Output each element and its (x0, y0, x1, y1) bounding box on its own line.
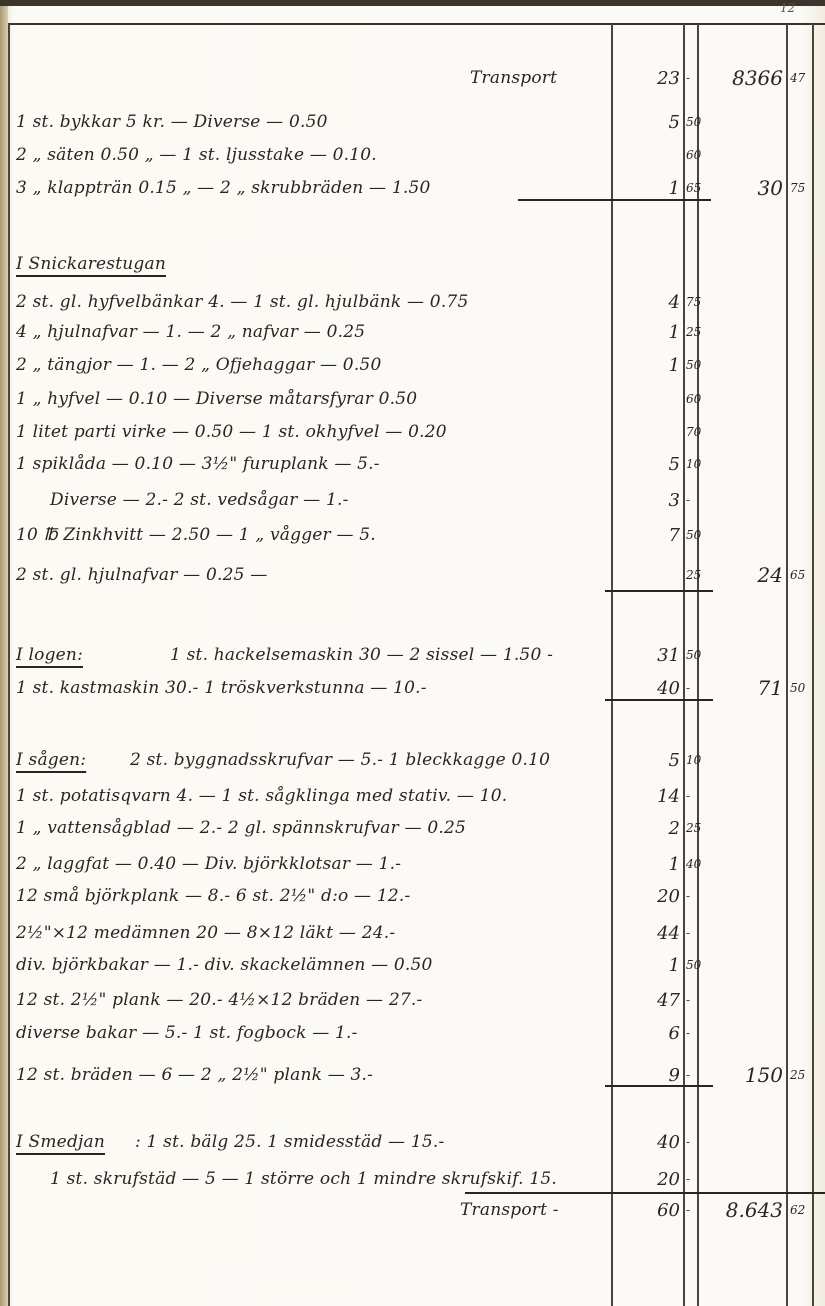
total-ore: 50 (788, 681, 816, 695)
ledger-row: div. björkbakar — 1.- div. skackelämnen … (0, 953, 825, 983)
item-description: 1 spiklåda — 0.10 — 3½" furuplank — 5.- (16, 454, 380, 474)
subtotal-rule (605, 699, 713, 701)
item-description: div. björkbakar — 1.- div. skackelämnen … (16, 955, 433, 975)
item-description: 3 „ klappträn 0.15 „ — 2 „ skrubbräden —… (16, 178, 431, 198)
ledger-row: 12 små björkplank — 8.- 6 st. 2½" d:o — … (0, 884, 825, 914)
total-kronor: 150 (700, 1063, 786, 1087)
amount-ore: 60 (684, 148, 714, 162)
subtotal-rule (465, 1192, 825, 1194)
amount-ore: - (684, 1026, 714, 1040)
ledger-row: : 1 st. bälg 25. 1 smidesstäd — 15.-40- (0, 1130, 825, 1160)
amount-kronor: 5 (612, 454, 683, 475)
ledger-row: 1 st. kastmaskin 30.- 1 tröskverkstunna … (0, 676, 825, 706)
item-description: 1 „ vattensågblad — 2.- 2 gl. spännskruf… (16, 818, 466, 838)
total-kronor: 30 (700, 176, 786, 200)
ledger-row: 1 st. bykkar 5 kr. — Diverse — 0.50550 (0, 110, 825, 140)
subtotal-rule (518, 199, 711, 201)
amount-kronor: 40 (612, 678, 683, 699)
item-description: 2 st. gl. hyfvelbänkar 4. — 1 st. gl. hj… (16, 292, 468, 312)
amount-kronor: 1 (612, 322, 683, 343)
amount-ore: - (684, 1172, 714, 1186)
amount-ore: 60 (684, 392, 714, 406)
subtotal-rule (605, 1085, 713, 1087)
ledger-row: 2 st. byggnadsskrufvar — 5.- 1 bleckkagg… (0, 748, 825, 778)
item-description: 1 st. kastmaskin 30.- 1 tröskverkstunna … (16, 678, 427, 698)
amount-ore: 25 (684, 325, 714, 339)
transport-out-row: Transport - 60 - 8.643 62 (0, 1198, 825, 1228)
amount-kronor: 6 (612, 1023, 683, 1044)
amount-kronor: 31 (612, 645, 683, 666)
item-description: 1 st. potatisqvarn 4. — 1 st. sågklinga … (16, 786, 507, 806)
ledger-page: 12 Transport 23 - 8366 47 1 st. bykkar 5… (0, 0, 825, 1306)
amount-kronor: 1 (612, 955, 683, 976)
ledger-row: 2 „ tängjor — 1. — 2 „ Ofjehaggar — 0.50… (0, 353, 825, 383)
ledger-row: 4 „ hjulnafvar — 1. — 2 „ nafvar — 0.251… (0, 320, 825, 350)
amount-ore: - (684, 993, 714, 1007)
amount-ore: 25 (684, 821, 714, 835)
section-heading-row: I Snickarestugan (0, 252, 825, 282)
amount-kronor: 14 (612, 786, 683, 807)
ledger-row: 1 „ vattensågblad — 2.- 2 gl. spännskruf… (0, 816, 825, 846)
total-ore: 65 (788, 568, 816, 582)
ledger-row: 2 „ säten 0.50 „ — 1 st. ljusstake — 0.1… (0, 143, 825, 173)
item-description: 4 „ hjulnafvar — 1. — 2 „ nafvar — 0.25 (16, 322, 365, 342)
amount-kronor: 5 (612, 750, 683, 771)
item-description: 2 „ tängjor — 1. — 2 „ Ofjehaggar — 0.50 (16, 355, 381, 375)
amount-ore: 50 (684, 958, 714, 972)
item-description: 1 st. bykkar 5 kr. — Diverse — 0.50 (16, 112, 328, 132)
amount-ore: 50 (684, 115, 714, 129)
ledger-row: 3 „ klappträn 0.15 „ — 2 „ skrubbräden —… (0, 176, 825, 206)
ledger-row: Diverse — 2.- 2 st. vedsågar — 1.-3- (0, 488, 825, 518)
amount-ore: - (684, 493, 714, 507)
transport-in-row: Transport 23 - 8366 47 (0, 66, 825, 96)
item-description: 1 litet parti virke — 0.50 — 1 st. okhyf… (16, 422, 447, 442)
item-description: 2½"×12 medämnen 20 — 8×12 läkt — 24.- (16, 923, 395, 943)
item-description: 2 „ säten 0.50 „ — 1 st. ljusstake — 0.1… (16, 145, 377, 165)
total-kronor: 71 (700, 676, 786, 700)
ledger-row: 2 st. gl. hjulnafvar — 0.25 —252465 (0, 563, 825, 593)
ledger-row: 10 ℔ Zinkhvitt — 2.50 — 1 „ vågger — 5.7… (0, 523, 825, 553)
amount-kronor: 47 (612, 990, 683, 1011)
ledger-row: 2½"×12 medämnen 20 — 8×12 läkt — 24.-44- (0, 921, 825, 951)
amount-ore: 40 (684, 857, 714, 871)
item-description: diverse bakar — 5.- 1 st. fogbock — 1.- (16, 1023, 358, 1043)
page-top-edge (0, 0, 825, 6)
ledger-row: 1 litet parti virke — 0.50 — 1 st. okhyf… (0, 420, 825, 450)
amount-ore: 75 (684, 295, 714, 309)
ledger-row: 1 „ hyfvel — 0.10 — Diverse måtarsfyrar … (0, 387, 825, 417)
item-description: 10 ℔ Zinkhvitt — 2.50 — 1 „ vågger — 5. (16, 525, 376, 545)
top-rule (8, 23, 825, 25)
amount-kronor: 1 (612, 178, 683, 199)
item-description: 2 „ laggfat — 0.40 — Div. björkklotsar —… (16, 854, 401, 874)
item-description: 2 st. byggnadsskrufvar — 5.- 1 bleckkagg… (130, 750, 550, 770)
section-title: I Snickarestugan (16, 254, 166, 274)
amount-kronor: 2 (612, 818, 683, 839)
amount-ore: - (684, 926, 714, 940)
ledger-row: 2 „ laggfat — 0.40 — Div. björkklotsar —… (0, 852, 825, 882)
page-number: 12 (780, 1, 795, 15)
item-description: 12 små björkplank — 8.- 6 st. 2½" d:o — … (16, 886, 410, 906)
amount-kronor: 4 (612, 292, 683, 313)
amount-kronor: 20 (612, 886, 683, 907)
item-description: Diverse — 2.- 2 st. vedsågar — 1.- (50, 490, 349, 510)
ledger-row: 1 st. potatisqvarn 4. — 1 st. sågklinga … (0, 784, 825, 814)
amount-kronor: 9 (612, 1065, 683, 1086)
amount-kronor: 5 (612, 112, 683, 133)
amount-ore: - (684, 789, 714, 803)
amount-ore: 50 (684, 358, 714, 372)
amount-kronor: 1 (612, 854, 683, 875)
ledger-row: 12 st. bräden — 6 — 2 „ 2½" plank — 3.-9… (0, 1063, 825, 1093)
amount-kronor: 20 (612, 1169, 683, 1190)
item-description: 1 st. hackelsemaskin 30 — 2 sissel — 1.5… (170, 645, 553, 665)
amount-kronor: 3 (612, 490, 683, 511)
amount-ore: 10 (684, 753, 714, 767)
subtotal-rule (605, 590, 713, 592)
ledger-row: 1 st. hackelsemaskin 30 — 2 sissel — 1.5… (0, 643, 825, 673)
item-description: : 1 st. bälg 25. 1 smidesstäd — 15.- (135, 1132, 444, 1152)
item-description: 1 st. skrufstäd — 5 — 1 större och 1 min… (50, 1169, 557, 1189)
amount-kronor: 40 (612, 1132, 683, 1153)
ledger-row: 2 st. gl. hyfvelbänkar 4. — 1 st. gl. hj… (0, 290, 825, 320)
amount-kronor: 44 (612, 923, 683, 944)
amount-ore: 10 (684, 457, 714, 471)
ledger-row: 1 spiklåda — 0.10 — 3½" furuplank — 5.-5… (0, 452, 825, 482)
ledger-row: 12 st. 2½" plank — 20.- 4½×12 bräden — 2… (0, 988, 825, 1018)
amount-ore: 70 (684, 425, 714, 439)
item-description: 12 st. 2½" plank — 20.- 4½×12 bräden — 2… (16, 990, 422, 1010)
amount-ore: 50 (684, 648, 714, 662)
item-description: 1 „ hyfvel — 0.10 — Diverse måtarsfyrar … (16, 389, 417, 409)
amount-ore: - (684, 889, 714, 903)
amount-kronor: 7 (612, 525, 683, 546)
amount-ore: 50 (684, 528, 714, 542)
ledger-row: diverse bakar — 5.- 1 st. fogbock — 1.-6… (0, 1021, 825, 1051)
item-description: 2 st. gl. hjulnafvar — 0.25 — (16, 565, 267, 585)
item-description: 12 st. bräden — 6 — 2 „ 2½" plank — 3.- (16, 1065, 373, 1085)
amount-ore: - (684, 1135, 714, 1149)
amount-kronor: 1 (612, 355, 683, 376)
total-kronor: 24 (700, 563, 786, 587)
total-ore: 75 (788, 181, 816, 195)
total-ore: 25 (788, 1068, 816, 1082)
